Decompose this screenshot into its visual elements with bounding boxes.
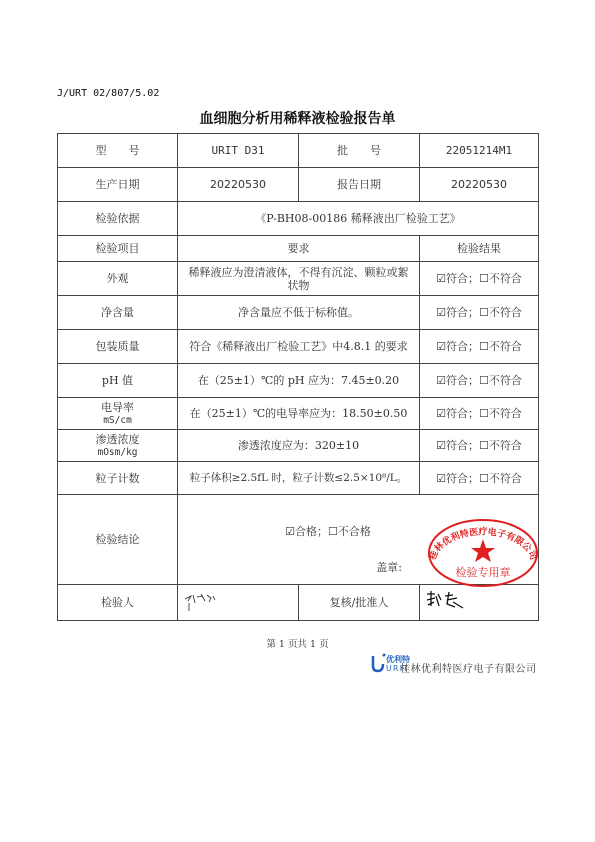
item-requirement: 在（25±1）℃的电导率应为：18.50±0.50: [178, 398, 420, 430]
item-row-particle-count: 粒子计数 粒子体积≥2.5fL 时，粒子计数≤2.5×10⁸/L。 ☑符合；☐不…: [58, 462, 539, 495]
column-result: 检验结果: [420, 236, 539, 262]
item-requirement: 净含量应不低于标称值。: [178, 296, 420, 330]
page-number: 第 1 页共 1 页: [0, 636, 595, 650]
inspector-signature-cell: [178, 585, 299, 621]
item-requirement: 在（25±1）℃的 pH 应为：7.45±0.20: [178, 364, 420, 398]
model-batch-row: 型 号 URIT D31 批 号 22051214M1: [58, 134, 539, 168]
item-row-conductivity: 电导率 mS/cm 在（25±1）℃的电导率应为：18.50±0.50 ☑符合；…: [58, 398, 539, 430]
basis-label: 检验依据: [58, 202, 178, 236]
item-row-net-content: 净含量 净含量应不低于标称值。 ☑符合；☐不符合: [58, 296, 539, 330]
signature-row: 检验人 复核/批准人: [58, 585, 539, 621]
inspector-signature: [181, 589, 221, 613]
item-result: ☑符合；☐不符合: [420, 462, 539, 495]
report-date-label: 报告日期: [299, 168, 420, 202]
item-row-packaging: 包装质量 符合《稀释液出厂检验工艺》中4.8.1 的要求 ☑符合；☐不符合: [58, 330, 539, 364]
production-date-label: 生产日期: [58, 168, 178, 202]
stamp-label: 盖章:: [376, 561, 402, 574]
item-name: 渗透浓度: [96, 433, 140, 446]
item-result: ☑符合；☐不符合: [420, 330, 539, 364]
item-requirement: 渗透浓度应为：320±10: [178, 430, 420, 462]
inspector-label: 检验人: [58, 585, 178, 621]
item-result: ☑符合；☐不符合: [420, 398, 539, 430]
production-date-value: 20220530: [178, 168, 299, 202]
logo-swoosh-icon: [373, 654, 385, 671]
item-unit: mOsm/kg: [61, 446, 174, 459]
batch-label: 批 号: [299, 134, 420, 168]
report-date-value: 20220530: [420, 168, 539, 202]
item-row-appearance: 外观 稀释液应为澄清液体，不得有沉淀、颗粒或絮状物 ☑符合；☐不符合: [58, 262, 539, 296]
star-icon: [471, 539, 495, 562]
document-title: 血细胞分析用稀释液检验报告单: [0, 108, 595, 128]
model-label: 型 号: [58, 134, 178, 168]
item-unit: mS/cm: [61, 414, 174, 427]
item-row-ph: pH 值 在（25±1）℃的 pH 应为：7.45±0.20 ☑符合；☐不符合: [58, 364, 539, 398]
item-result: ☑符合；☐不符合: [420, 262, 539, 296]
item-name-cell: 电导率 mS/cm: [58, 398, 178, 430]
item-name: pH 值: [58, 364, 178, 398]
item-name: 净含量: [58, 296, 178, 330]
seal-center-text: 检验专用章: [456, 565, 511, 579]
item-result: ☑符合；☐不符合: [420, 296, 539, 330]
item-requirement: 符合《稀释液出厂检验工艺》中4.8.1 的要求: [178, 330, 420, 364]
dates-row: 生产日期 20220530 报告日期 20220530: [58, 168, 539, 202]
column-requirement: 要求: [178, 236, 420, 262]
item-row-osmolality: 渗透浓度 mOsm/kg 渗透浓度应为：320±10 ☑符合；☐不符合: [58, 430, 539, 462]
item-result: ☑符合；☐不符合: [420, 364, 539, 398]
item-name: 外观: [58, 262, 178, 296]
reviewer-label: 复核/批准人: [299, 585, 420, 621]
basis-row: 检验依据 《P-BH08-00186 稀释液出厂检验工艺》: [58, 202, 539, 236]
item-name-cell: 渗透浓度 mOsm/kg: [58, 430, 178, 462]
column-item: 检验项目: [58, 236, 178, 262]
reviewer-signature-cell: [420, 585, 539, 621]
item-requirement: 粒子体积≥2.5fL 时，粒子计数≤2.5×10⁸/L。: [178, 462, 420, 495]
item-name: 包装质量: [58, 330, 178, 364]
item-name: 粒子计数: [58, 462, 178, 495]
company-name: 桂林优利特医疗电子有限公司: [400, 660, 537, 675]
reviewer-signature: [423, 588, 467, 614]
conclusion-label: 检验结论: [58, 495, 178, 585]
document-number: J/URT 02/807/5.02: [57, 88, 159, 99]
company-seal-stamp: 桂林优利特医疗电子有限公司 检验专用章: [426, 517, 541, 589]
item-result: ☑符合；☐不符合: [420, 430, 539, 462]
item-name: 电导率: [101, 401, 134, 414]
model-value: URIT D31: [178, 134, 299, 168]
item-requirement: 稀释液应为澄清液体，不得有沉淀、颗粒或絮状物: [178, 262, 420, 296]
batch-value: 22051214M1: [420, 134, 539, 168]
basis-value: 《P-BH08-00186 稀释液出厂检验工艺》: [178, 202, 539, 236]
column-header-row: 检验项目 要求 检验结果: [58, 236, 539, 262]
